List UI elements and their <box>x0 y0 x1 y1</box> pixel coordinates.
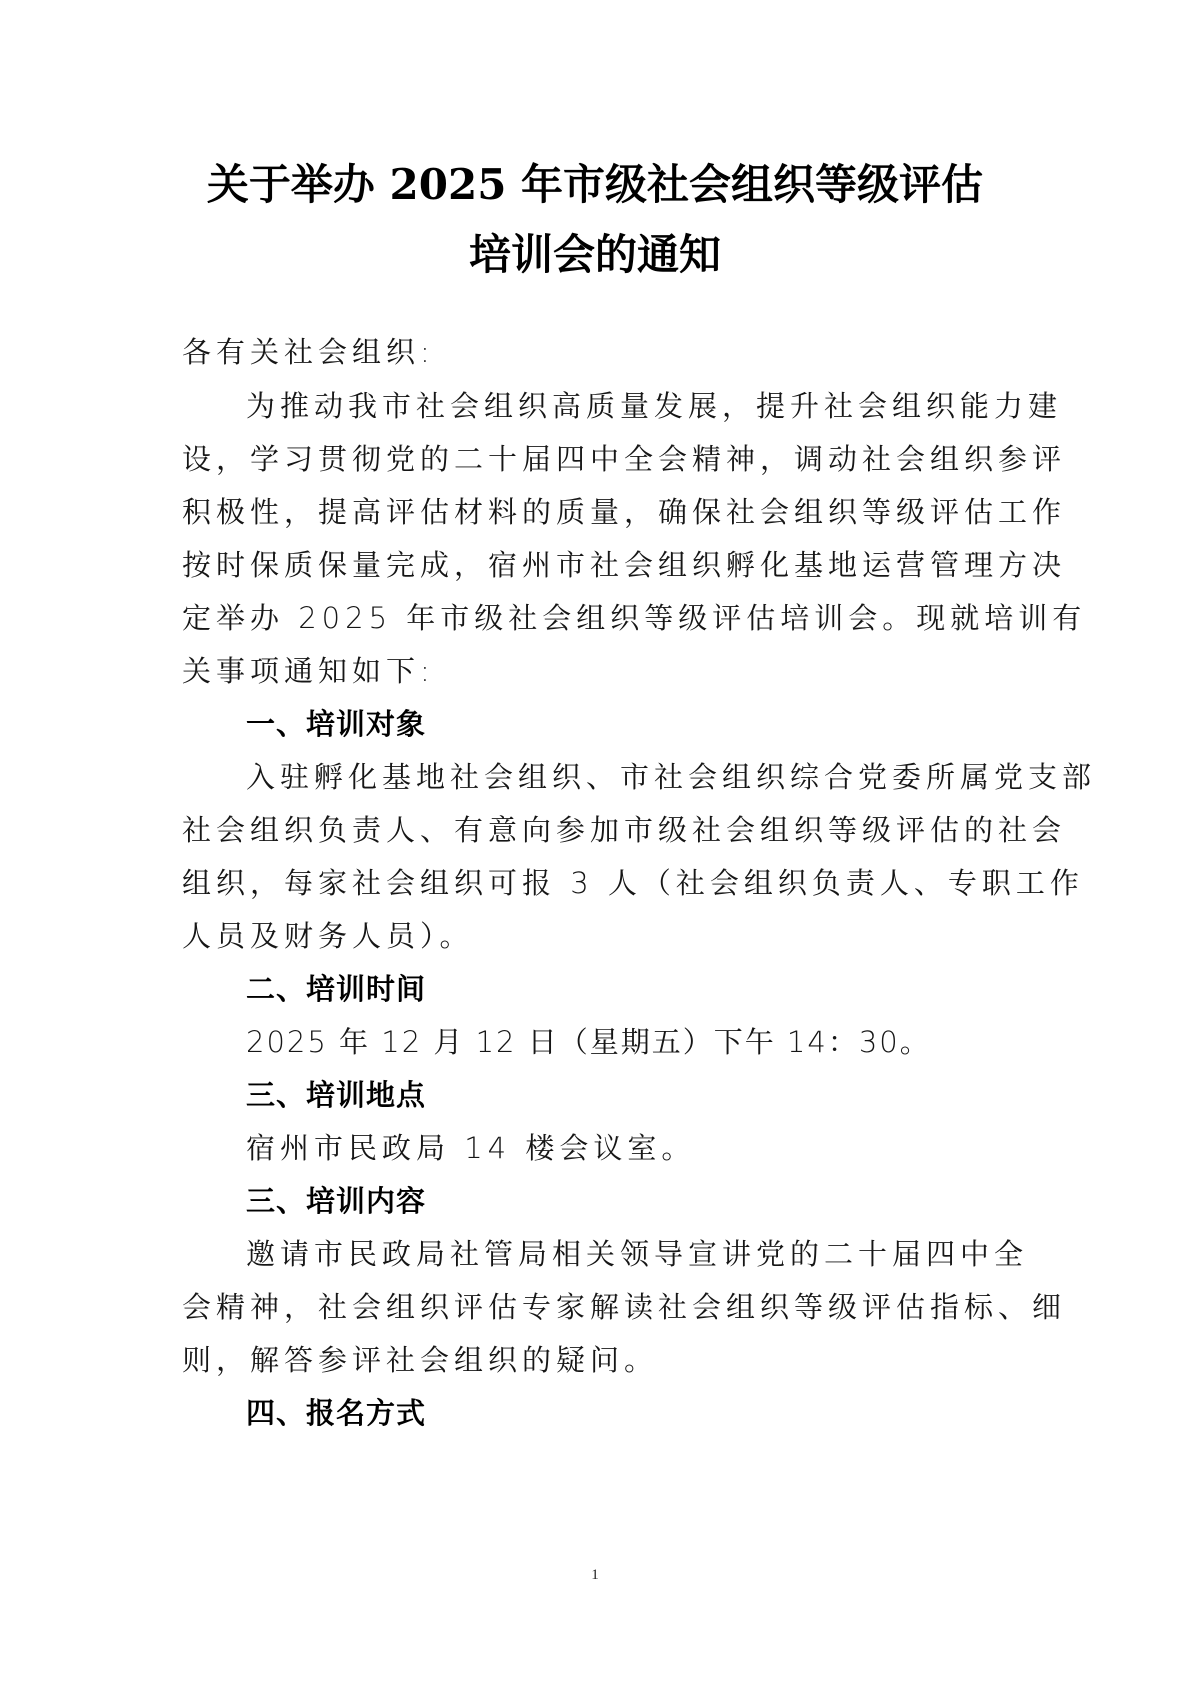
page-number: 1 <box>0 1567 1190 1584</box>
intro-line-3: 积极性，提高评估材料的质量，确保社会组织等级评估工作 <box>182 498 1012 527</box>
section-4-line-1: 邀请市民政局社管局相关领导宣讲党的二十届四中全 <box>246 1240 1012 1269</box>
section-1-line-1: 入驻孵化基地社会组织、市社会组织综合党委所属党支部 <box>246 763 1012 792</box>
section-4-line-2: 会精神，社会组织评估专家解读社会组织等级评估指标、细 <box>182 1293 1012 1322</box>
section-heading-training-location: 三、培训地点 <box>246 1081 426 1110</box>
intro-line-1: 为推动我市社会组织高质量发展，提升社会组织能力建 <box>246 392 1012 421</box>
section-heading-training-target: 一、培训对象 <box>246 710 426 739</box>
document-page: 关于举办 2025 年市级社会组织等级评估 培训会的通知 各有关社会组织: 为推… <box>0 0 1190 1683</box>
intro-line-2: 设，学习贯彻党的二十届四中全会精神，调动社会组织参评 <box>182 445 1012 474</box>
section-2-line-1: 2025 年 12 月 12 日（星期五）下午 14：30。 <box>246 1028 1076 1057</box>
section-heading-registration-method: 四、报名方式 <box>246 1399 426 1428</box>
section-heading-training-time: 二、培训时间 <box>246 975 426 1004</box>
section-1-line-4: 人员及财务人员）。 <box>182 922 1012 951</box>
salutation: 各有关社会组织: <box>182 338 1012 367</box>
document-title-line-2: 培训会的通知 <box>0 234 1190 276</box>
document-title-line-1: 关于举办 2025 年市级社会组织等级评估 <box>0 164 1190 206</box>
section-3-line-1: 宿州市民政局 14 楼会议室。 <box>246 1134 1076 1163</box>
intro-line-4: 按时保质保量完成，宿州市社会组织孵化基地运营管理方决 <box>182 551 1012 580</box>
section-1-line-3: 组织，每家社会组织可报 3 人（社会组织负责人、专职工作 <box>182 869 1012 898</box>
section-1-line-2: 社会组织负责人、有意向参加市级社会组织等级评估的社会 <box>182 816 1012 845</box>
intro-line-5: 定举办 2025 年市级社会组织等级评估培训会。现就培训有 <box>182 604 1012 633</box>
section-heading-training-content: 三、培训内容 <box>246 1187 426 1216</box>
section-4-line-3: 则，解答参评社会组织的疑问。 <box>182 1346 1012 1375</box>
intro-line-6: 关事项通知如下: <box>182 657 1012 686</box>
